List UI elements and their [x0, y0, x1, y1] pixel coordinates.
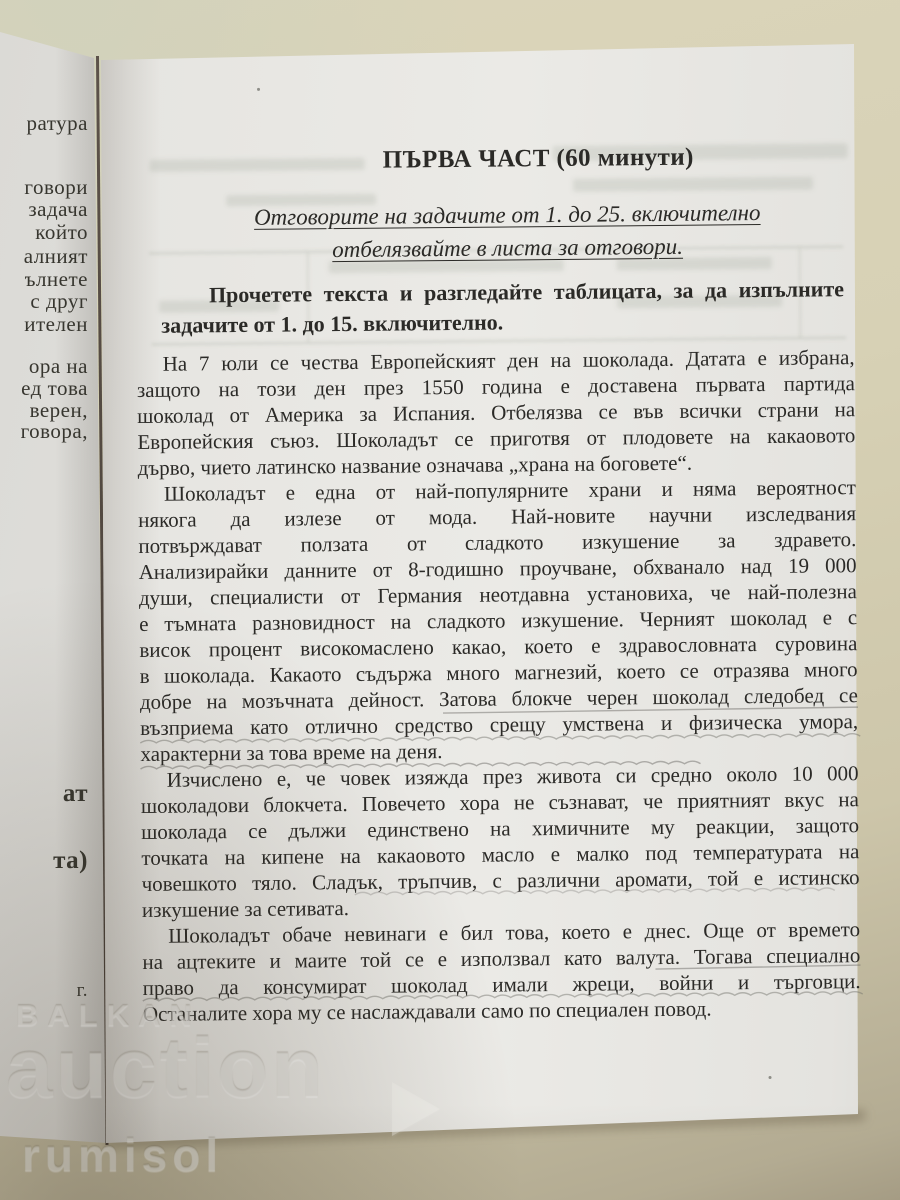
- photo-background: ратураговоризадачакойтоалниятълнетес дру…: [0, 0, 900, 1200]
- body-text: На 7 юли се чества Европейският ден на ш…: [137, 344, 861, 1027]
- text-line: Останалите хора му се наслаждавали само …: [143, 994, 861, 1027]
- text-line: задачите от 1. до 15. включително.: [161, 304, 844, 341]
- paragraph: Шоколадът обаче невинаги е бил това, кое…: [142, 916, 861, 1027]
- instruction-line-1: Отговорите на задачите от 1. до 25. вклю…: [128, 199, 886, 232]
- task-intro: Прочетете текста и разгледайте таблицата…: [161, 274, 845, 341]
- section-title: ПЪРВА ЧАСТ (60 минути): [133, 141, 900, 177]
- paragraph: На 7 юли се чества Европейският ден на ш…: [137, 344, 856, 481]
- paragraph: Шоколадът е една от най-популярните хран…: [138, 474, 859, 767]
- dust-speck: [257, 88, 260, 91]
- paragraph: Изчислено е, че човек изяжда през живота…: [141, 760, 860, 923]
- instruction-line-2: отбелязвайте в листа за отговори.: [128, 232, 886, 265]
- main-page-content: ПЪРВА ЧАСТ (60 минути) Отговорите на зад…: [0, 0, 900, 1200]
- dust-speck: [769, 1076, 772, 1079]
